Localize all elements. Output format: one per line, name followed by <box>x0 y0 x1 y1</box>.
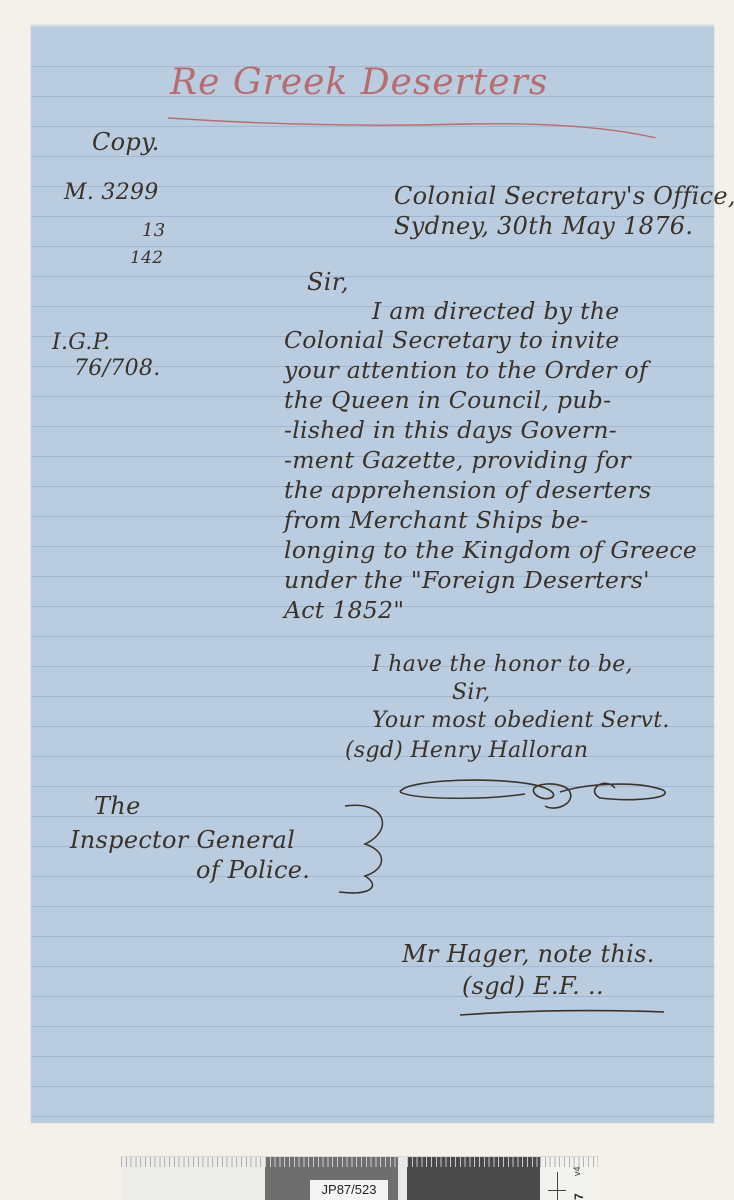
margin-note-igp: I.G.P. <box>52 330 111 355</box>
addressee-title: Inspector General <box>70 826 295 854</box>
annotation-initials: (sgd) E.F. .. <box>462 972 604 1000</box>
title-underline <box>168 110 658 138</box>
scale-number: 7 <box>572 1193 586 1200</box>
signature-name: (sgd) Henry Halloran <box>345 738 588 763</box>
body-line: longing to the Kingdom of Greece <box>284 536 697 564</box>
body-line: -ment Gazette, providing for <box>284 446 631 474</box>
annotation-note: Mr Hager, note this. <box>402 940 655 968</box>
copy-mark: Copy. <box>92 128 160 156</box>
reference-sub-2: 142 <box>130 248 163 268</box>
reference-sub-1: 13 <box>142 220 166 241</box>
body-line: from Merchant Ships be- <box>284 506 589 534</box>
ruler-segment-white <box>540 1157 598 1200</box>
letterhead-office: Colonial Secretary's Office, <box>394 182 734 210</box>
body-line: Colonial Secretary to invite <box>284 326 619 354</box>
body-line: I am directed by the <box>372 297 620 325</box>
body-line: -lished in this days Govern- <box>284 416 617 444</box>
ruler-segment-light <box>121 1157 265 1200</box>
letterhead-date: Sydney, 30th May 1876. <box>394 212 693 240</box>
closing-honor: I have the honor to be, <box>372 652 633 677</box>
body-line: your attention to the Order of <box>284 356 648 384</box>
body-line: Act 1852" <box>284 596 404 624</box>
reference-number: M. 3299 <box>64 180 159 205</box>
addressee-the: The <box>94 792 141 820</box>
addressee-police: of Police. <box>196 856 310 884</box>
salutation: Sir, <box>307 268 349 296</box>
annotation-underline <box>458 1006 668 1018</box>
body-line: the apprehension of deserters <box>284 476 652 504</box>
ruler-segment-gap <box>398 1157 407 1200</box>
catalogue-label: JP87/523 <box>310 1180 388 1200</box>
crosshair-icon-h <box>548 1190 566 1191</box>
signature-flourish <box>395 770 675 830</box>
scale-version: v4 <box>572 1166 582 1176</box>
addressee-brace <box>325 800 395 900</box>
closing-servant: Your most obedient Servt. <box>372 708 670 733</box>
crosshair-icon <box>557 1172 558 1200</box>
closing-sir: Sir, <box>452 680 490 705</box>
document-title: Re Greek Deserters <box>170 62 548 103</box>
ruler-segment-dark <box>407 1157 540 1200</box>
body-line: the Queen in Council, pub- <box>284 386 611 414</box>
margin-note-number: 76/708. <box>74 356 161 381</box>
body-line: under the "Foreign Deserters' <box>284 566 650 594</box>
